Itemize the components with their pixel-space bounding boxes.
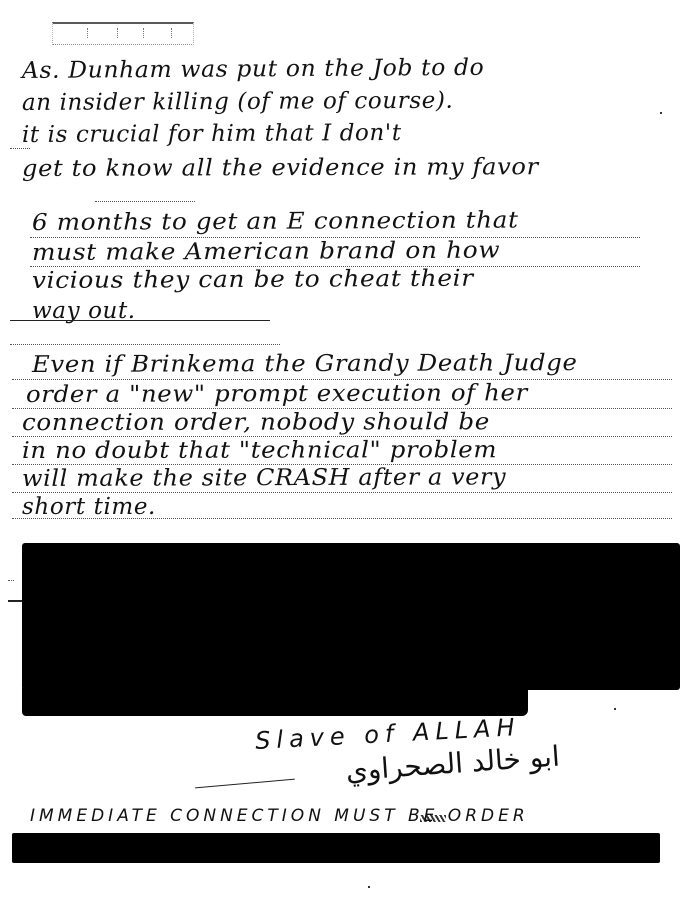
scan-speck <box>660 112 662 114</box>
handwritten-line: Even if Brinkema the Grandy Death Judge <box>32 350 578 378</box>
stamp-tick <box>87 28 89 38</box>
redaction-block-upper <box>22 543 680 690</box>
handwritten-line: 6 months to get an E connection that <box>32 207 519 236</box>
scan-speck <box>614 708 616 710</box>
stamp-tick <box>143 28 145 38</box>
ruled-dotted-line <box>95 201 195 202</box>
ruled-dotted-line <box>10 344 280 345</box>
handwritten-line: must make American brand on how <box>32 238 500 266</box>
stamp-tick <box>117 28 119 38</box>
faint-stamp-box <box>52 22 194 45</box>
ruled-dotted-line <box>10 148 30 149</box>
handwritten-line: order a "new" prompt execution of her <box>26 380 528 408</box>
handwritten-line: will make the site CRASH after a very <box>22 464 506 492</box>
handwritten-line: an insider killing (of me of course). <box>22 88 454 116</box>
footer-note: IMMEDIATE CONNECTION MUST BE ORDER <box>30 806 529 826</box>
ruled-dotted-line <box>12 492 672 493</box>
handwritten-line: in no doubt that "technical" problem <box>22 437 497 464</box>
handwritten-line: As. Dunham was put on the Job to do <box>22 55 485 84</box>
scanned-handwritten-letter: As. Dunham was put on the Job to do an i… <box>0 0 700 900</box>
ruled-underline <box>10 320 270 321</box>
ruled-dotted-line <box>12 379 672 380</box>
redaction-block-lower <box>22 688 528 716</box>
redaction-bottom-bar <box>12 833 660 863</box>
ruled-dotted-line <box>12 518 672 519</box>
handwritten-line: get to know all the evidence in my favor <box>22 154 539 182</box>
handwritten-line: connection order, nobody should be <box>22 409 490 436</box>
handwritten-line: short time. <box>22 494 156 520</box>
crossed-out-word <box>420 815 446 822</box>
stamp-tick <box>171 28 173 38</box>
scan-speck <box>368 886 370 888</box>
handwritten-line: it is crucial for him that I don't <box>22 120 402 148</box>
margin-tick <box>8 580 14 581</box>
margin-tick <box>8 600 22 602</box>
handwritten-line: vicious they can be to cheat their <box>32 266 474 294</box>
